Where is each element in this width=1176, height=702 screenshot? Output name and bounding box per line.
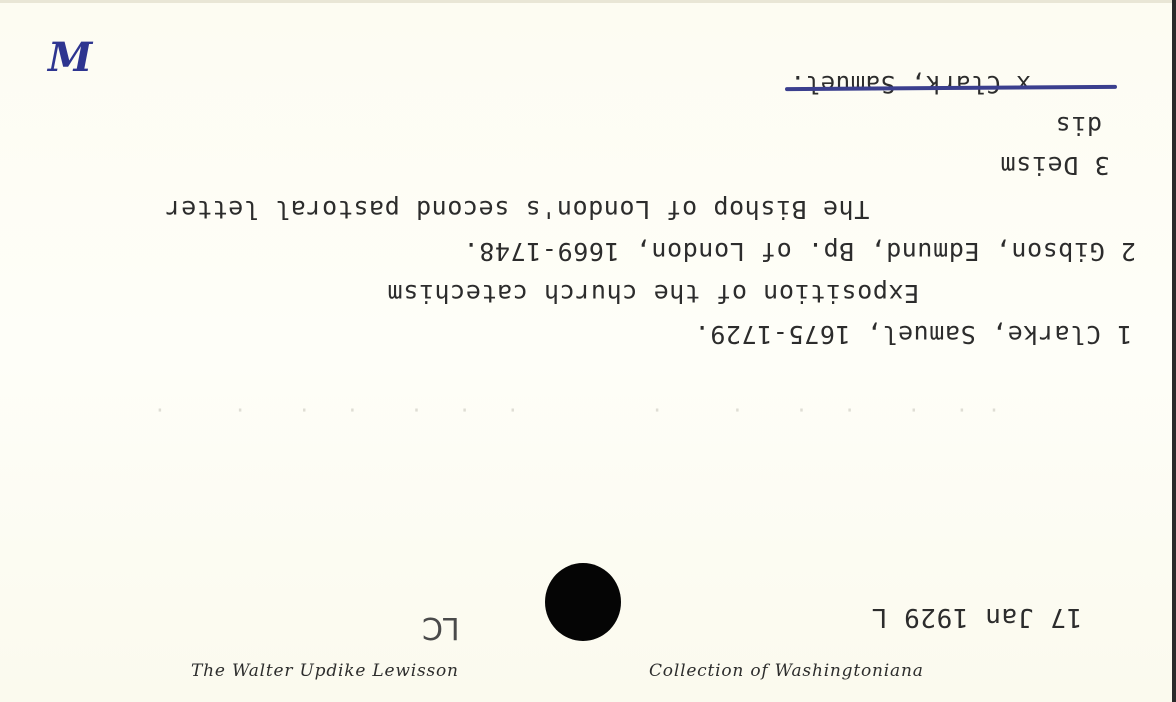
typed-line-item1: 1 Clarke, Samuel, 1675-1729. (694, 322, 1132, 347)
typed-line-title-cont: The Bishop of London's second pastoral l… (165, 197, 869, 222)
footer-right: Collection of Washingtoniana (649, 661, 924, 681)
typed-line-dis: dis (1055, 113, 1102, 138)
catalog-card: M x Clark, Samuel. dis 3 Deism The Bisho… (0, 0, 1176, 702)
handwritten-mark: M (48, 34, 92, 81)
footer-left: The Walter Updike Lewisson (191, 661, 459, 681)
faint-show-through-text: · · · · · · · · · · · · · · (0, 398, 1000, 422)
typed-line-exposition: Exposition of the church catechism (387, 281, 919, 306)
struck-heading: x Clark, Samuel. (790, 72, 1031, 96)
punch-hole (545, 563, 621, 641)
date-stamp: 17 Jan 1929 L (871, 604, 1082, 630)
typed-line-item2: 2 Gibson, Edmund, Bp. of London, 1669-17… (463, 239, 1136, 264)
handwritten-lc: LC (422, 610, 460, 645)
typed-line-item3: 3 Deism (1000, 153, 1110, 178)
card-top-edge (0, 0, 1172, 3)
